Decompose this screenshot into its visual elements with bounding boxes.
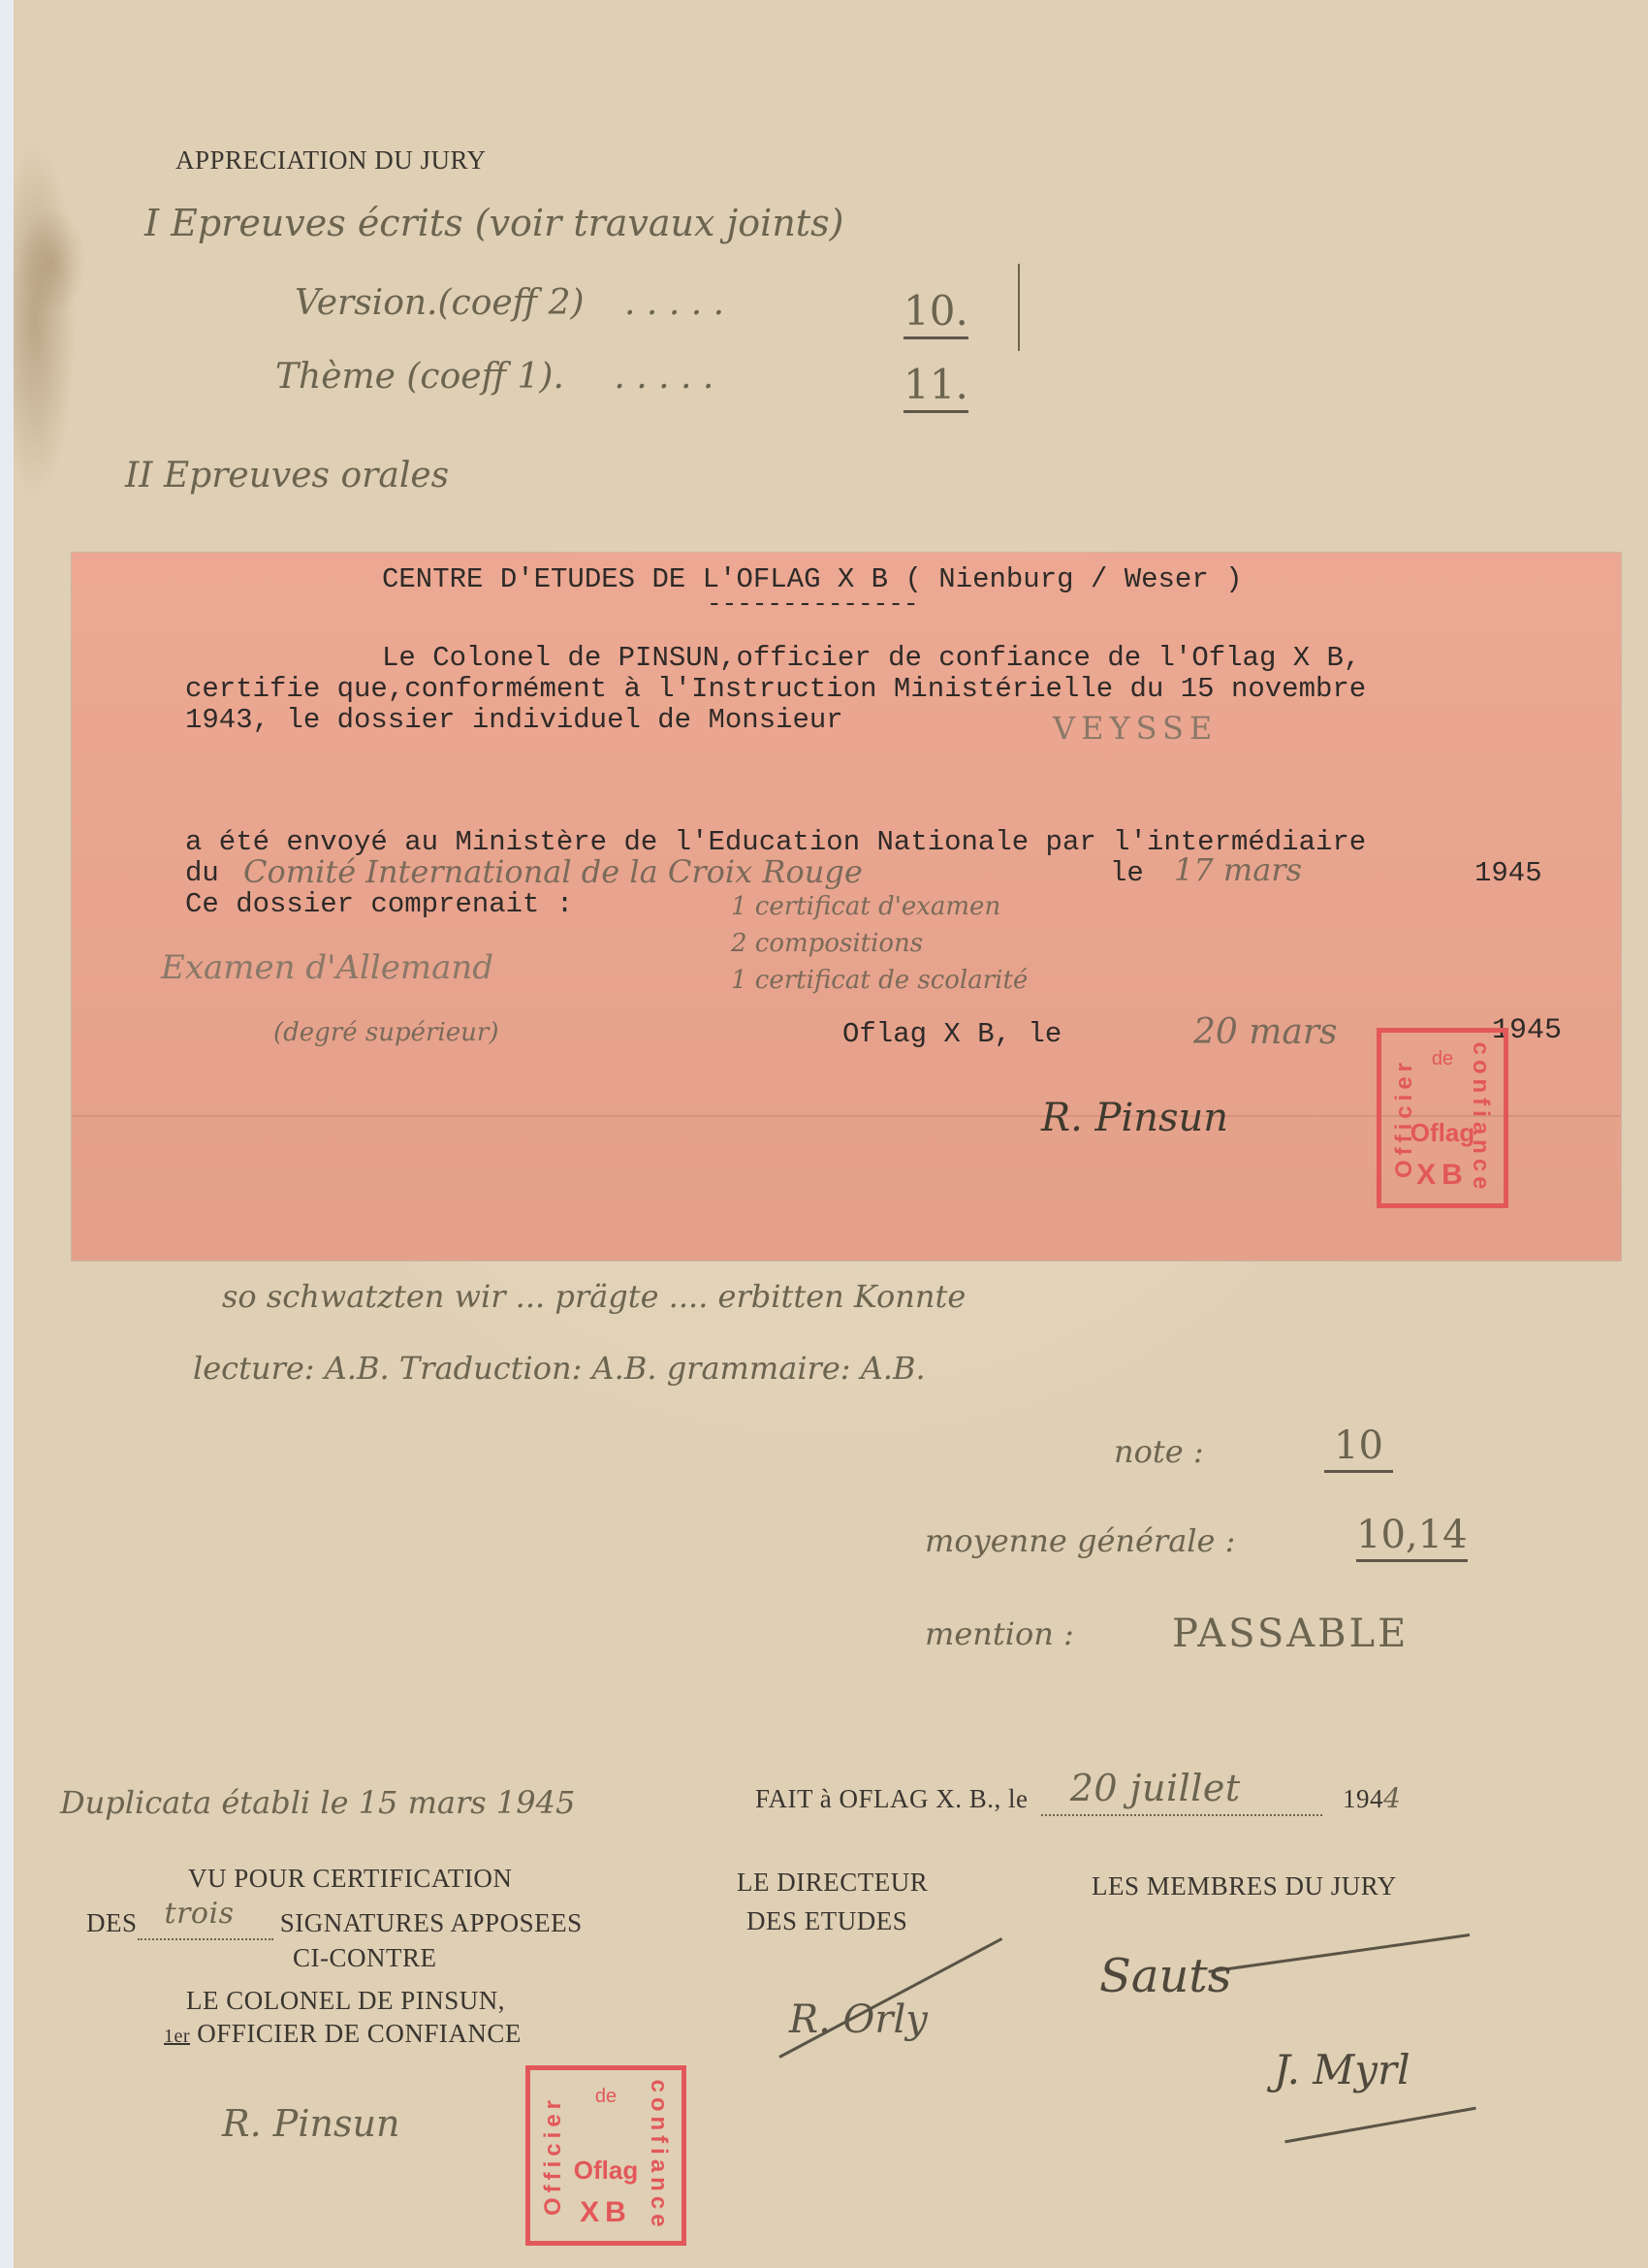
ordinal: 1er: [164, 2026, 190, 2047]
mention-label: mention :: [925, 1615, 1074, 1652]
sent-date: 17 mars: [1174, 851, 1302, 888]
fait-date: 20 juillet: [1070, 1767, 1241, 1809]
oral-notes-line-1: so schwatzten wir ... prägte .... erbitt…: [222, 1278, 966, 1315]
director-line-2: DES ETUDES: [746, 1906, 907, 1936]
director-signature: R. Orly: [789, 1997, 928, 2042]
dossier-content-2: 2 compositions: [731, 929, 923, 958]
jury-signature-1: Sauts: [1099, 1949, 1231, 2003]
oral-exams-label: II Epreuves orales: [125, 456, 449, 495]
jury-signature-stroke: [1208, 1933, 1470, 1973]
signature-count: trois: [165, 1897, 235, 1931]
oral-notes-line-2: lecture: A.B. Traduction: A.B. grammaire…: [193, 1350, 926, 1387]
officer-stamp-slip: Officier confiance de Oflag XB: [1377, 1028, 1508, 1208]
jury-signature-2: J. Myrl: [1274, 2046, 1410, 2093]
exam-item-label: Thème (coeff 1).: [275, 357, 564, 397]
certification-line-5-rest: OFFICIER DE CONFIANCE: [197, 2019, 522, 2048]
jury-heading: LES MEMBRES DU JURY: [1092, 1871, 1397, 1901]
certification-line-4: LE COLONEL DE PINSUN,: [186, 1986, 505, 2016]
stamp-text-xb: XB: [1381, 1159, 1504, 1192]
pinsun-signature: R. Pinsun: [222, 2102, 399, 2145]
fait-prefix: FAIT à OFLAG X. B., le: [755, 1784, 1029, 1813]
exam-item-theme: Thème (coeff 1). . . . . .: [275, 357, 713, 397]
dossier-content-3: 1 certificat de scolarité: [731, 966, 1028, 995]
certificate-slip: CENTRE D'ETUDES DE L'OFLAG X B ( Nienbur…: [72, 553, 1621, 1261]
place-date-hand: 20 mars: [1193, 1012, 1338, 1052]
officer-stamp: Officier confiance de Oflag XB: [525, 2065, 686, 2246]
stamp-text-de: de: [530, 2086, 681, 2108]
signature-count-field: trois: [138, 1908, 273, 1940]
dossier-content-1: 1 certificat d'examen: [731, 892, 1000, 921]
certification-line-1: VU POUR CERTIFICATION: [188, 1864, 512, 1894]
candidate-name: VEYSSE: [1053, 710, 1218, 747]
certificate-line-1: Le Colonel de PINSUN,officier de confian…: [382, 642, 1360, 674]
place-date-prefix: Oflag X B, le: [842, 1018, 1062, 1050]
exam-item-score: 11.: [903, 361, 968, 413]
document-page: APPRECIATION DU JURY I Epreuves écrits (…: [14, 0, 1648, 2268]
exam-item-dots: . . . . .: [624, 283, 724, 323]
line-5-le: le: [1110, 857, 1144, 889]
margin-line: [1018, 264, 1020, 351]
exam-level: (degré supérieur): [273, 1018, 498, 1047]
line-5-prefix: du: [185, 857, 219, 889]
average-value: 10,14: [1356, 1513, 1468, 1562]
fait-year-hand: 4: [1383, 1782, 1401, 1814]
stamp-text-de: de: [1381, 1048, 1504, 1070]
page-heading: APPRECIATION DU JURY: [175, 145, 487, 176]
certificate-separator: --------------: [707, 590, 918, 619]
director-line-1: LE DIRECTEUR: [737, 1868, 928, 1898]
stamp-text-oflag: Oflag: [1381, 1118, 1504, 1148]
exam-name: Examen d'Allemand: [161, 948, 493, 987]
exam-item-version: Version.(coeff 2) . . . . .: [295, 283, 724, 323]
pinsun-signature-slip: R. Pinsun: [1041, 1096, 1228, 1140]
stamp-text-xb: XB: [530, 2196, 681, 2229]
stamp-text-oflag: Oflag: [530, 2156, 681, 2186]
certificate-line-6: Ce dossier comprenait :: [185, 888, 573, 920]
certification-des: DES: [86, 1908, 138, 1937]
certificate-line-3: 1943, le dossier individuel de Monsieur: [185, 704, 843, 736]
fait-date-field: 20 juillet: [1041, 1784, 1322, 1816]
certification-line-5: 1er OFFICIER DE CONFIANCE: [164, 2019, 522, 2049]
duplicate-note: Duplicata établi le 15 mars 1945: [60, 1784, 575, 1821]
certification-line-2: DEStrois SIGNATURES APPOSEES: [86, 1908, 583, 1940]
sent-year: 1945: [1474, 857, 1542, 889]
intermediary-name: Comité International de la Croix Rouge: [243, 853, 863, 890]
certification-rest: SIGNATURES APPOSEES: [280, 1908, 583, 1937]
exam-item-dots: . . . . .: [614, 357, 713, 397]
jury-signature-2-stroke: [1284, 2107, 1475, 2144]
written-exams-label: I Epreuves écrits (voir travaux joints): [144, 202, 843, 244]
certificate-line-2: certifie que,conformément à l'Instructio…: [185, 673, 1366, 705]
note-label: note :: [1114, 1433, 1204, 1470]
certification-line-3: CI-CONTRE: [293, 1943, 437, 1973]
average-label: moyenne générale :: [925, 1522, 1235, 1559]
fait-line: FAIT à OFLAG X. B., le 20 juillet 1944: [755, 1782, 1401, 1816]
mention-value: PASSABLE: [1172, 1612, 1409, 1656]
note-value: 10: [1324, 1423, 1393, 1473]
exam-item-label: Version.(coeff 2): [295, 283, 585, 323]
exam-item-score: 10.: [903, 287, 968, 339]
fait-year-printed: 194: [1343, 1784, 1383, 1813]
